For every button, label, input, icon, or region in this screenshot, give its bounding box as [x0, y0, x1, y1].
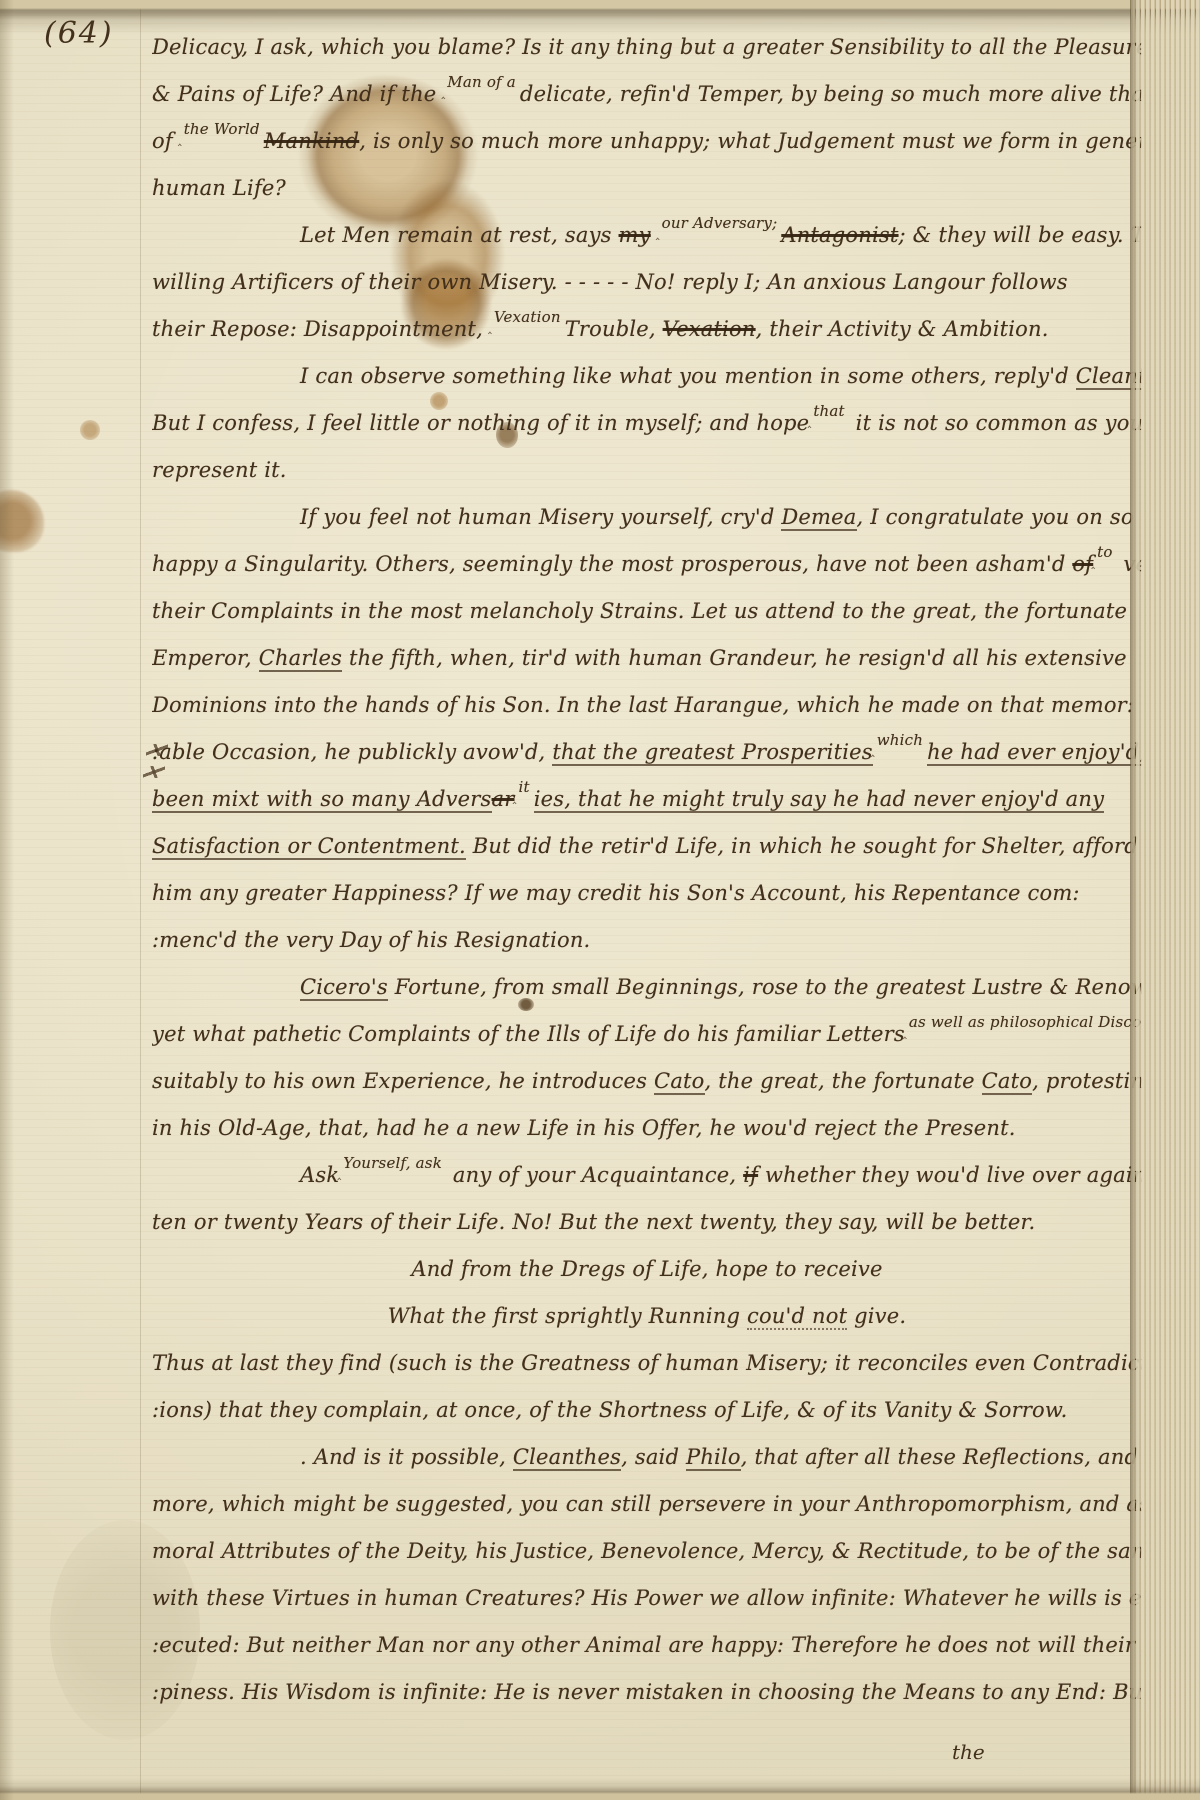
manuscript-line: moral Attributes of the Deity, his Justi… [152, 1528, 1142, 1575]
manuscript-line: their Repose: Disappointment, VexationTr… [152, 306, 1142, 353]
manuscript-lines: Delicacy, I ask, which you blame? Is it … [152, 24, 1142, 1784]
text-segment: moral Attributes of the Deity, his Justi… [152, 1539, 1142, 1563]
insert-segment: Vexation [494, 308, 561, 326]
underline-segment: Satisfaction or Contentment. [152, 834, 466, 858]
manuscript-line: What the first sprightly Running cou'd n… [152, 1293, 1142, 1340]
insert-segment: to [1097, 543, 1112, 561]
manuscript-line: human Life? [152, 165, 1142, 212]
text-segment: I can observe something like what you me… [300, 364, 1076, 388]
underline-segment: Philo [686, 1445, 741, 1469]
text-segment: :able Occasion, he publickly avow'd, [152, 740, 552, 764]
manuscript-line: . And is it possible, Cleanthes, said Ph… [152, 1434, 1142, 1481]
strike-segment: ar [492, 787, 515, 811]
manuscript-page: (64) Delicacy, I ask, which you blame? I… [0, 0, 1200, 1800]
manuscript-line: more, which might be suggested, you can … [152, 1481, 1142, 1528]
text-segment: give. [847, 1304, 906, 1328]
underline-segment: he had ever enjoy'd, had [927, 740, 1142, 764]
manuscript-line: And from the Dregs of Life, hope to rece… [152, 1246, 1142, 1293]
book-page-edges [1130, 0, 1200, 1800]
text-segment: & Pains of Life? And if the [152, 82, 443, 106]
underline-segment: been mixt with so many Advers [152, 787, 492, 811]
underline-segment: ies, that he might truly say he had neve… [534, 787, 1104, 811]
text-segment: But I confess, I feel little or nothing … [152, 411, 809, 435]
insert-segment: which [877, 731, 923, 749]
text-segment: Let Men remain at rest, says [300, 223, 619, 247]
text-segment: human Life? [152, 176, 286, 200]
strike-segment: if [743, 1163, 758, 1187]
text-segment: in his Old-Age, that, had he a new Life … [152, 1116, 1016, 1140]
text-segment: any of your Acquaintance, [446, 1163, 743, 1187]
text-segment: Ask [300, 1163, 339, 1187]
manuscript-line: of the WorldMankind, is only so much mor… [152, 118, 1142, 165]
text-segment: :menc'd the very Day of his Resignation. [152, 928, 590, 952]
text-segment: , the great, the fortunate [705, 1069, 982, 1093]
manuscript-line: Cicero's Fortune, from small Beginnings,… [152, 964, 1142, 1011]
manuscript-line: Thus at last they find (such is the Grea… [152, 1340, 1142, 1387]
manuscript-line: ten or twenty Years of their Life. No! B… [152, 1199, 1142, 1246]
text-segment: yet what pathetic Complaints of the Ills… [152, 1022, 905, 1046]
text-segment: If you feel not human Misery yourself, c… [300, 505, 781, 529]
margin-fold-line [140, 0, 141, 1800]
text-segment: And from the Dregs of Life, hope to rece… [411, 1257, 882, 1281]
underline-segment: that the greatest Prosperities [552, 740, 872, 764]
text-segment: Fortune, from small Beginnings, rose to … [388, 975, 1142, 999]
manuscript-line: happy a Singularity. Others, seemingly t… [152, 541, 1142, 588]
text-segment: , said [621, 1445, 686, 1469]
manuscript-line: :menc'd the very Day of his Resignation. [152, 917, 1142, 964]
text-segment: the fifth, when, tir'd with human Grande… [342, 646, 1127, 670]
insert-segment: Man of a [447, 73, 516, 91]
manuscript-line: AskYourself, ask any of your Acquaintanc… [152, 1152, 1142, 1199]
manuscript-line: Emperor, Charles the fifth, when, tir'd … [152, 635, 1142, 682]
dotted-segment: cou'd not [747, 1304, 847, 1330]
text-segment: :ecuted: But neither Man nor any other A… [152, 1633, 1142, 1657]
text-segment: . And is it possible, [300, 1445, 513, 1469]
manuscript-line: suitably to his own Experience, he intro… [152, 1058, 1142, 1105]
text-segment: :piness. His Wisdom is infinite: He is n… [152, 1680, 1142, 1704]
page-top-edge [0, 0, 1200, 34]
text-segment: , their Activity & Ambition. [756, 317, 1049, 341]
text-segment: ten or twenty Years of their Life. No! B… [152, 1210, 1035, 1234]
text-segment: , protesting [1032, 1069, 1142, 1093]
manuscript-line: If you feel not human Misery yourself, c… [152, 494, 1142, 541]
insert-segment: the World [184, 120, 260, 138]
strike-segment: Antagonist [781, 223, 898, 247]
underline-segment: Cicero's [300, 975, 388, 999]
insert-segment: as well as philosophical Discourses, [909, 1013, 1142, 1031]
text-segment: , is only so much more unhappy; what Jud… [359, 129, 1142, 153]
text-segment: Dominions into the hands of his Son. In … [152, 693, 1134, 717]
text-segment: their Complaints in the most melancholy … [152, 599, 1127, 623]
text-segment: their Repose: Disappointment, [152, 317, 490, 341]
manuscript-line: :able Occasion, he publickly avow'd, tha… [152, 729, 1142, 776]
text-segment: willing Artificers of their own Misery. … [152, 270, 1068, 294]
strike-segment: my [619, 223, 651, 247]
text-segment: :ions) that they complain, at once, of t… [152, 1398, 1067, 1422]
manuscript-line: :piness. His Wisdom is infinite: He is n… [152, 1669, 1142, 1716]
text-segment: delicate, refin'd Temper, by being so mu… [520, 82, 1142, 106]
text-segment: Delicacy, I ask, which you blame? Is it … [152, 35, 1142, 59]
underline-segment: Cato [982, 1069, 1032, 1093]
page-bottom-edge [0, 1778, 1200, 1800]
manuscript-line: their Complaints in the most melancholy … [152, 588, 1142, 635]
manuscript-line: represent it. [152, 447, 1142, 494]
strike-segment: Vexation [663, 317, 756, 341]
manuscript-line: But I confess, I feel little or nothing … [152, 400, 1142, 447]
underline-segment: Charles [259, 646, 342, 670]
page-left-edge [0, 0, 14, 1800]
manuscript-line: willing Artificers of their own Misery. … [152, 259, 1142, 306]
manuscript-line: in his Old-Age, that, had he a new Life … [152, 1105, 1142, 1152]
insert-segment: our Adversary; [662, 214, 778, 232]
manuscript-line: him any greater Happiness? If we may cre… [152, 870, 1142, 917]
manuscript-line: Dominions into the hands of his Son. In … [152, 682, 1142, 729]
text-segment: Emperor, [152, 646, 259, 670]
text-segment: Thus at last they find (such is the Grea… [152, 1351, 1142, 1375]
text-segment: ; & they will be easy. They are [899, 223, 1142, 247]
text-segment: happy a Singularity. Others, seemingly t… [152, 552, 1072, 576]
manuscript-line: with these Virtues in human Creatures? H… [152, 1575, 1142, 1622]
text-segment: suitably to his own Experience, he intro… [152, 1069, 654, 1093]
text-segment: whether they wou'd live over again the l… [758, 1163, 1142, 1187]
manuscript-line: :ions) that they complain, at once, of t… [152, 1387, 1142, 1434]
text-segment: , that after all these Reflections, and … [741, 1445, 1142, 1469]
text-segment: of [152, 129, 180, 153]
text-segment: with these Virtues in human Creatures? H… [152, 1586, 1142, 1610]
text-segment: Trouble, [565, 317, 663, 341]
strike-segment: Mankind [264, 129, 359, 153]
underline-segment: Cato [654, 1069, 704, 1093]
manuscript-line: I can observe something like what you me… [152, 353, 1142, 400]
manuscript-line: Let Men remain at rest, says my our Adve… [152, 212, 1142, 259]
manuscript-line: Satisfaction or Contentment. But did the… [152, 823, 1142, 870]
insert-segment: Yourself, ask [343, 1154, 442, 1172]
insert-segment: it [519, 778, 530, 796]
underline-segment: Demea [781, 505, 856, 529]
manuscript-line: & Pains of Life? And if the Man of adeli… [152, 71, 1142, 118]
text-segment: represent it. [152, 458, 287, 482]
insert-segment: that [813, 402, 844, 420]
manuscript-line: yet what pathetic Complaints of the Ills… [152, 1011, 1142, 1058]
text-segment: it is not so common as you [849, 411, 1142, 435]
text-segment: But did the retir'd Life, in which he so… [466, 834, 1138, 858]
catchword: the [952, 1740, 985, 1764]
manuscript-line: been mixt with so many Adversarities, th… [152, 776, 1142, 823]
text-segment: him any greater Happiness? If we may cre… [152, 881, 1080, 905]
text-segment: What the first sprightly Running [388, 1304, 747, 1328]
text-segment: more, which might be suggested, you can … [152, 1492, 1142, 1516]
manuscript-line: :ecuted: But neither Man nor any other A… [152, 1622, 1142, 1669]
text-segment: , I congratulate you on so [857, 505, 1134, 529]
underline-segment: Cleanthes [513, 1445, 621, 1469]
